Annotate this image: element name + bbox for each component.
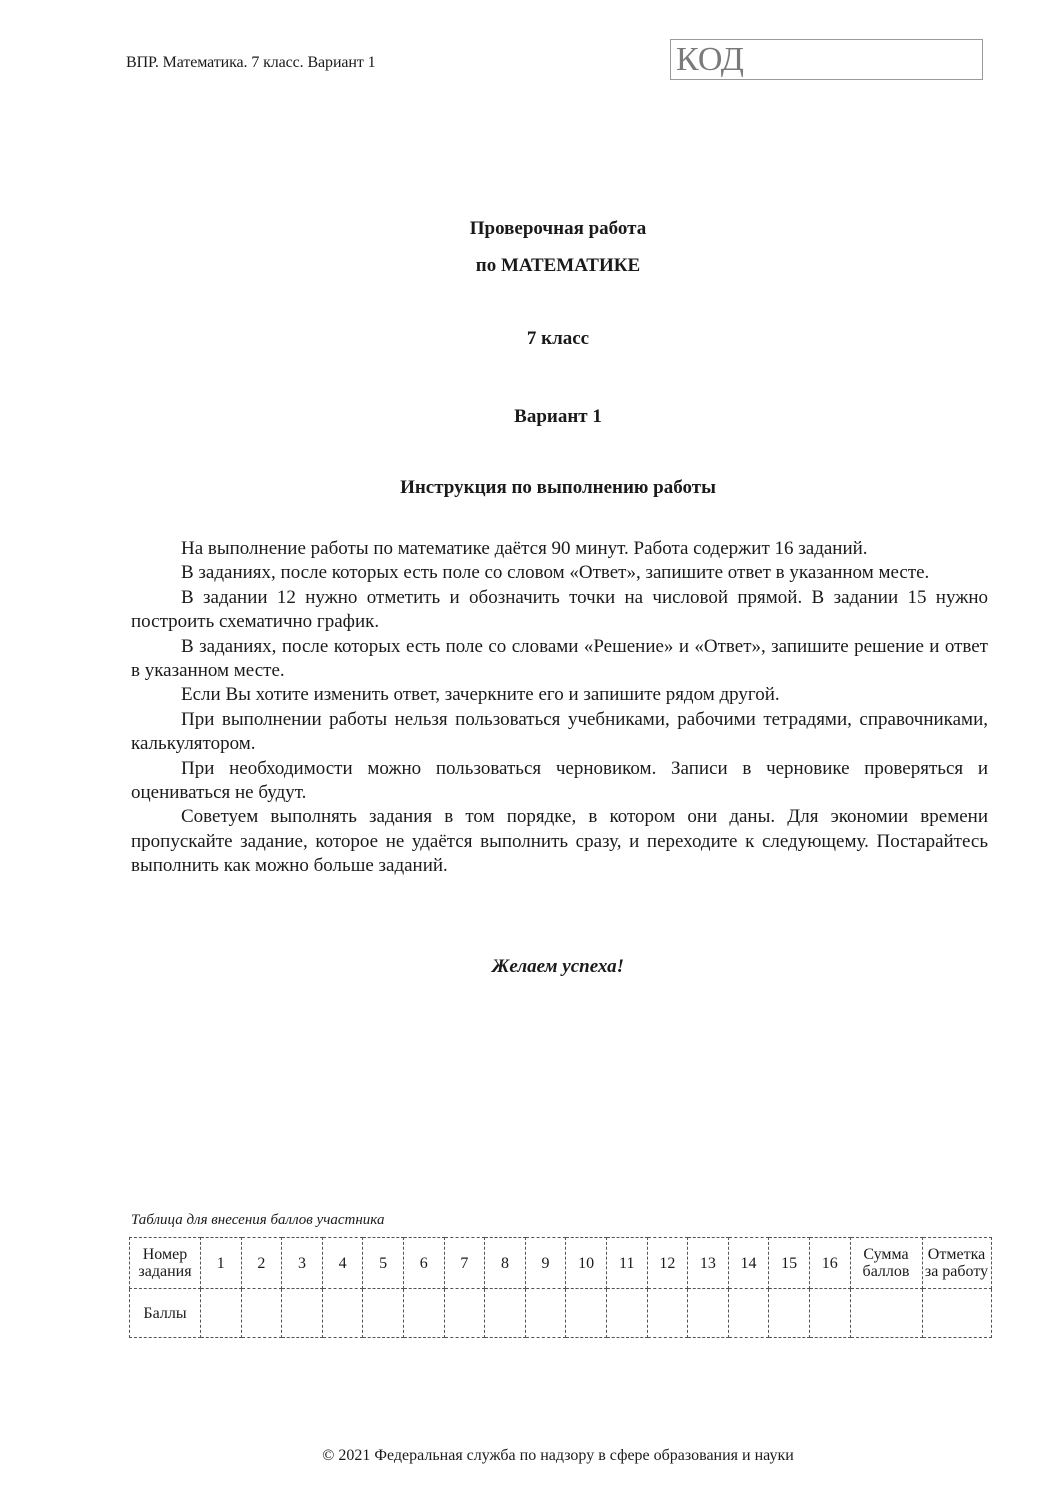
instruction-paragraph: При выполнении работы нельзя пользоватьс…: [131, 708, 988, 757]
instruction-paragraph: На выполнение работы по математике даётс…: [131, 537, 988, 561]
task-number-cell: 4: [322, 1238, 363, 1289]
score-input-cell[interactable]: [485, 1289, 526, 1338]
score-input-cell[interactable]: [403, 1289, 444, 1338]
score-table-caption: Таблица для внесения баллов участника: [131, 1212, 384, 1229]
score-table: Номер задания 12345678910111213141516Сум…: [129, 1237, 992, 1338]
score-input-cell[interactable]: [525, 1289, 566, 1338]
task-number-cell: 3: [282, 1238, 323, 1289]
score-input-cell[interactable]: [809, 1289, 850, 1338]
mark-label-cell: Отметка за работу: [922, 1238, 991, 1289]
score-input-cell[interactable]: [363, 1289, 404, 1338]
mark-input-cell[interactable]: [922, 1289, 991, 1338]
task-number-cell: 14: [728, 1238, 769, 1289]
score-input-cell[interactable]: [606, 1289, 647, 1338]
instruction-paragraph: В заданиях, после которых есть поле со с…: [131, 561, 988, 585]
task-number-cell: 10: [566, 1238, 607, 1289]
row-label-scores: Баллы: [130, 1289, 201, 1338]
score-input-cell[interactable]: [201, 1289, 242, 1338]
instructions-heading: Инструкция по выполнению работы: [0, 477, 1061, 499]
task-number-cell: 1: [201, 1238, 242, 1289]
instruction-paragraph: При необходимости можно пользоваться чер…: [131, 757, 988, 806]
grade-heading: 7 класс: [0, 328, 1061, 350]
task-number-cell: 2: [241, 1238, 282, 1289]
task-number-cell: 13: [688, 1238, 729, 1289]
good-luck-text: Желаем успеха!: [0, 956, 1061, 978]
task-number-cell: 15: [769, 1238, 810, 1289]
variant-heading: Вариант 1: [0, 406, 1061, 428]
score-input-cell[interactable]: [769, 1289, 810, 1338]
score-input-cell[interactable]: [241, 1289, 282, 1338]
task-number-cell: 7: [444, 1238, 485, 1289]
sum-label-cell: Сумма баллов: [850, 1238, 922, 1289]
code-field[interactable]: КОД: [670, 39, 983, 80]
sum-input-cell[interactable]: [850, 1289, 922, 1338]
instruction-paragraph: В заданиях, после которых есть поле со с…: [131, 635, 988, 684]
instruction-paragraph: В задании 12 нужно отметить и обозначить…: [131, 586, 988, 635]
task-number-cell: 8: [485, 1238, 526, 1289]
score-row: Баллы: [130, 1289, 992, 1338]
score-input-cell[interactable]: [282, 1289, 323, 1338]
task-number-cell: 16: [809, 1238, 850, 1289]
task-number-row: Номер задания 12345678910111213141516Сум…: [130, 1238, 992, 1289]
instruction-paragraph: Советуем выполнять задания в том порядке…: [131, 805, 988, 878]
task-number-cell: 12: [647, 1238, 688, 1289]
running-title: ВПР. Математика. 7 класс. Вариант 1: [126, 54, 376, 72]
score-input-cell[interactable]: [647, 1289, 688, 1338]
score-input-cell[interactable]: [566, 1289, 607, 1338]
doc-title-line1: Проверочная работа: [0, 218, 1061, 240]
row-label-task-number: Номер задания: [130, 1238, 201, 1289]
score-input-cell[interactable]: [688, 1289, 729, 1338]
code-label: КОД: [676, 40, 744, 80]
task-number-cell: 5: [363, 1238, 404, 1289]
score-input-cell[interactable]: [728, 1289, 769, 1338]
task-number-cell: 6: [403, 1238, 444, 1289]
score-input-cell[interactable]: [444, 1289, 485, 1338]
task-number-cell: 11: [606, 1238, 647, 1289]
score-input-cell[interactable]: [322, 1289, 363, 1338]
instructions-body: На выполнение работы по математике даётс…: [131, 537, 988, 879]
instruction-paragraph: Если Вы хотите изменить ответ, зачеркнит…: [131, 683, 988, 707]
task-number-cell: 9: [525, 1238, 566, 1289]
doc-title-line2: по МАТЕМАТИКЕ: [0, 255, 1061, 277]
copyright-footer: © 2021 Федеральная служба по надзору в с…: [0, 1447, 1061, 1465]
